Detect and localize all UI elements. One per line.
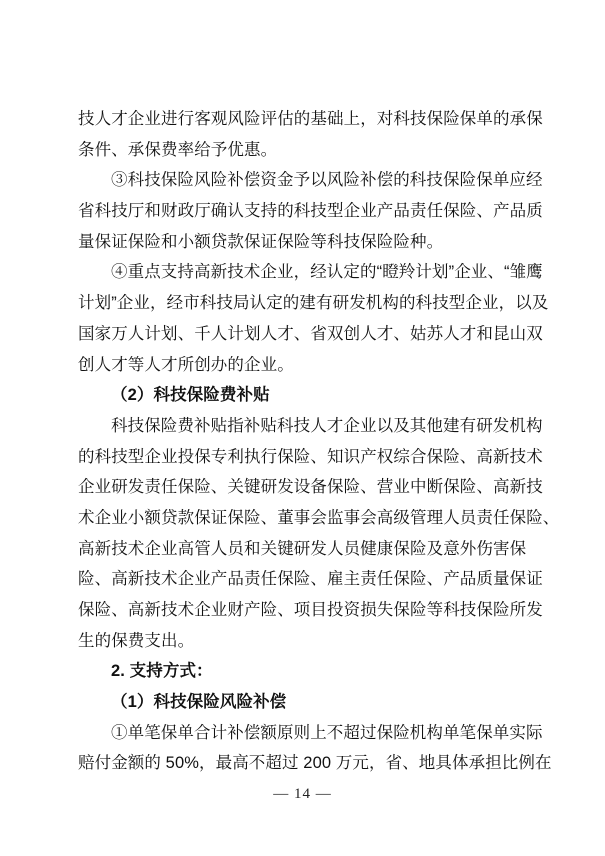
body-text-line: 省科技厅和财政厅确认支持的科技型企业产品责任保险、产品质 [78, 196, 544, 227]
body-text-line: 赔付金额的 50%，最高不超过 200 万元，省、地具体承担比例在 [78, 748, 544, 779]
body-text-line: 科技保险费补贴指补贴科技人才企业以及其他建有研发机构 [78, 411, 544, 442]
body-text-line: 术企业小额贷款保证保险、董事会监事会高级管理人员责任保险、 [78, 503, 544, 534]
section-heading-line: （1）科技保险风险补偿 [78, 687, 544, 718]
body-text-line: 高新技术企业高管人员和关键研发人员健康保险及意外伤害保 [78, 534, 544, 565]
document-page: 技人才企业进行客观风险评估的基础上，对科技保险保单的承保条件、承保费率给予优惠。… [0, 0, 605, 856]
body-text-line: 企业研发责任保险、关键研发设备保险、营业中断保险、高新技 [78, 472, 544, 503]
body-text-line: 险、高新技术企业产品责任保险、雇主责任保险、产品质量保证 [78, 564, 544, 595]
body-text-line: 条件、承保费率给予优惠。 [78, 135, 544, 166]
body-text-line: 量保证保险和小额贷款保证保险等科技保险险种。 [78, 227, 544, 258]
body-text-line: 保险、高新技术企业财产险、项目投资损失保险等科技保险所发 [78, 595, 544, 626]
body-text-line: ③科技保险风险补偿资金予以风险补偿的科技保险保单应经 [78, 165, 544, 196]
page-number: — 14 — [0, 786, 605, 803]
body-text-line: ①单笔保单合计补偿额原则上不超过保险机构单笔保单实际 [78, 718, 544, 749]
body-text-line: ④重点支持高新技术企业，经认定的“瞪羚计划”企业、“雏鹰 [78, 257, 544, 288]
body-text-line: 创人才等人才所创办的企业。 [78, 350, 544, 381]
body-text-line: 的科技型企业投保专利执行保险、知识产权综合保险、高新技术 [78, 442, 544, 473]
text-block: 技人才企业进行客观风险评估的基础上，对科技保险保单的承保条件、承保费率给予优惠。… [78, 104, 544, 779]
section-heading-line: 2. 支持方式： [78, 656, 544, 687]
section-heading-line: （2）科技保险费补贴 [78, 380, 544, 411]
body-text-line: 计划”企业，经市科技局认定的建有研发机构的科技型企业，以及 [78, 288, 544, 319]
body-text-line: 生的保费支出。 [78, 626, 544, 657]
body-text-line: 国家万人计划、千人计划人才、省双创人才、姑苏人才和昆山双 [78, 319, 544, 350]
body-text-line: 技人才企业进行客观风险评估的基础上，对科技保险保单的承保 [78, 104, 544, 135]
